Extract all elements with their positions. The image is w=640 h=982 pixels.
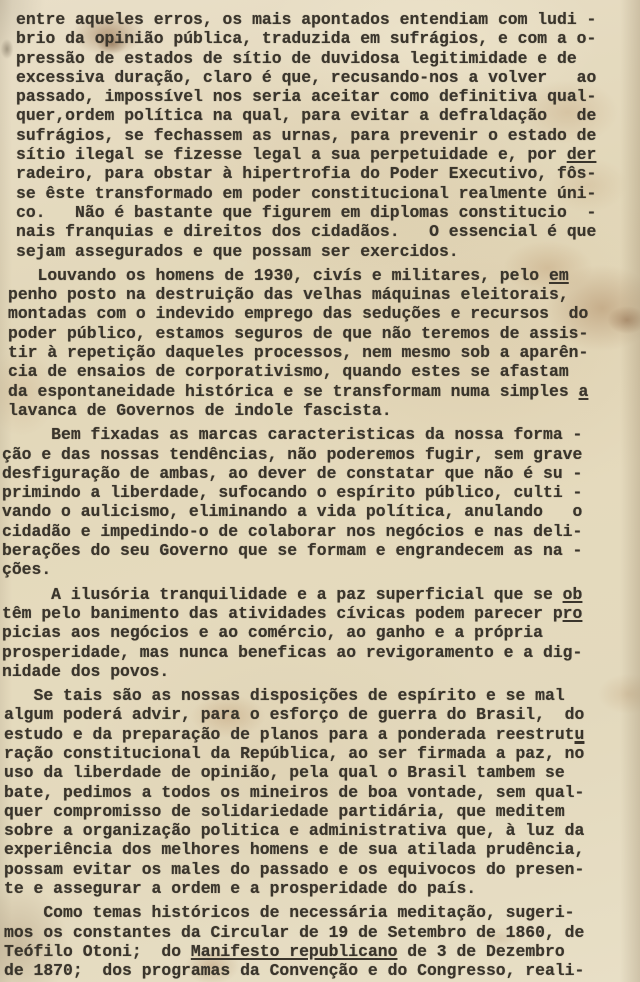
text-segment: excessiva duração, claro é que, recusand… (16, 68, 596, 87)
text-segment: poder público, estamos seguros de que nã… (8, 324, 588, 343)
text-line: Se tais são as nossas disposições de esp… (4, 686, 640, 705)
text-line: ções. (2, 560, 640, 579)
text-line: estudo e da preparação de planos para a … (4, 725, 640, 744)
text-line: te e assegurar a ordem e a prosperidade … (4, 879, 640, 898)
text-line: primindo a liberdade, sufocando o espíri… (2, 483, 640, 502)
text-segment: te e assegurar a ordem e a prosperidade … (4, 879, 476, 898)
text-line: poder público, estamos seguros de que nã… (8, 324, 640, 343)
text-segment: berações do seu Governo que se formam e … (2, 541, 582, 560)
text-line: sejam assegurados e que possam ser exerc… (16, 242, 640, 261)
text-line: sobre a organização politica e administr… (4, 821, 640, 840)
text-segment: ração constitucional da República, ao se… (4, 744, 575, 763)
text-line: possam evitar os males do passado e os e… (4, 860, 640, 879)
text-segment: algum poderá advir, para o esforço de gu… (4, 705, 584, 724)
text-line: ração constitucional da República, ao se… (4, 744, 640, 763)
underlined-text: der (567, 145, 597, 164)
text-segment: prosperidade, mas nunca beneficas ao rev… (2, 643, 582, 662)
text-line: de 1870; dos programas da Convenção e do… (4, 961, 640, 980)
text-segment: de 3 de Dezembro (397, 942, 564, 961)
text-segment: brio da opinião pública, traduzida em su… (16, 29, 596, 48)
text-segment: entre aqueles erros, os mais apontados e… (16, 10, 596, 29)
text-line: sufrágios, se fechassem as urnas, para p… (16, 126, 640, 145)
text-line: prosperidade, mas nunca beneficas ao rev… (2, 643, 640, 662)
text-line: montadas com o indevido emprego das sedu… (8, 304, 640, 323)
underlined-text: Manifesto republicano (191, 942, 398, 961)
text-line: excessiva duração, claro é que, recusand… (16, 68, 640, 87)
text-line: Bem fixadas as marcas caracteristicas da… (2, 425, 640, 444)
underlined-text: u (575, 725, 585, 744)
text-segment: nidade dos povos. (2, 662, 169, 681)
paragraph: A ilusória tranquilidade e a paz superfi… (2, 585, 640, 681)
underlined-text: ob (563, 585, 583, 604)
text-segment: pressão de estados de sítio de duvidosa … (16, 49, 577, 68)
text-segment: co. Não é bastante que figurem em diplom… (16, 203, 596, 222)
text-line: mos os constantes da Circular de 19 de S… (4, 923, 640, 942)
text-line: lavanca de Governos de indole fascista. (8, 401, 640, 420)
text-segment: sufrágios, se fechassem as urnas, para p… (16, 126, 596, 145)
text-segment: sobre a organização politica e administr… (4, 821, 584, 840)
text-segment: desfiguração de ambas, ao dever de const… (2, 464, 582, 483)
text-segment: possam evitar os males do passado e os e… (4, 860, 584, 879)
text-line: vando o aulicismo, eliminando a vida pol… (2, 502, 640, 521)
text-segment: sejam assegurados e que possam ser exerc… (16, 242, 459, 261)
text-segment: Bem fixadas as marcas caracteristicas da… (2, 425, 582, 444)
document-body: entre aqueles erros, os mais apontados e… (0, 0, 640, 982)
text-line: penho posto na destruição das velhas máq… (8, 285, 640, 304)
underlined-text: ro (563, 604, 583, 623)
text-line: brio da opinião pública, traduzida em su… (16, 29, 640, 48)
text-line: pressão de estados de sítio de duvidosa … (16, 49, 640, 68)
text-segment: sítio ilegal se fizesse legal a sua perp… (16, 145, 567, 164)
text-line: passado, impossível nos seria aceitar co… (16, 87, 640, 106)
text-line: se êste transformado em poder constituci… (16, 184, 640, 203)
text-segment: nais franquias e direitos dos cidadãos. … (16, 222, 596, 241)
text-segment: da espontaneidade histórica e se transfo… (8, 382, 579, 401)
text-segment: primindo a liberdade, sufocando o espíri… (2, 483, 582, 502)
text-line: picias aos negócios e ao comércio, ao ga… (2, 623, 640, 642)
text-segment: cidadão e impedindo-o de colaborar nos n… (2, 522, 582, 541)
text-segment: quer compromisso de solidariedade partid… (4, 802, 565, 821)
paragraph: entre aqueles erros, os mais apontados e… (16, 10, 640, 261)
text-line: da espontaneidade histórica e se transfo… (8, 382, 640, 401)
paragraph: Bem fixadas as marcas caracteristicas da… (2, 425, 640, 579)
paragraph: Se tais são as nossas disposições de esp… (4, 686, 640, 898)
text-segment: vando o aulicismo, eliminando a vida pol… (2, 502, 582, 521)
text-line: nidade dos povos. (2, 662, 640, 681)
text-segment: penho posto na destruição das velhas máq… (8, 285, 569, 304)
text-segment: A ilusória tranquilidade e a paz superfi… (2, 585, 563, 604)
text-segment: Se tais são as nossas disposições de esp… (4, 686, 565, 705)
paragraph: Louvando os homens de 1930, civís e mili… (8, 266, 640, 420)
text-segment: picias aos negócios e ao comércio, ao ga… (2, 623, 543, 642)
text-line: desfiguração de ambas, ao dever de const… (2, 464, 640, 483)
text-segment: Como temas históricos de necessária medi… (4, 903, 575, 922)
text-segment: estudo e da preparação de planos para a … (4, 725, 575, 744)
text-line: entre aqueles erros, os mais apontados e… (16, 10, 640, 29)
text-segment: Teófilo Otoni; do (4, 942, 191, 961)
overlined-text: o (575, 744, 585, 763)
text-segment: bate, pedimos a todos os mineiros de boa… (4, 783, 584, 802)
text-line: bate, pedimos a todos os mineiros de boa… (4, 783, 640, 802)
text-line: uso da liberdade de opinião, pela qual o… (4, 763, 640, 782)
text-line: sítio ilegal se fizesse legal a sua perp… (16, 145, 640, 164)
text-line: ção e das nossas tendências, não poderem… (2, 445, 640, 464)
text-segment: têm pelo banimento das atividades cívica… (2, 604, 563, 623)
text-segment: tir à repetição daqueles processos, nem … (8, 343, 588, 362)
text-line: berações do seu Governo que se formam e … (2, 541, 640, 560)
text-line: algum poderá advir, para o esforço de gu… (4, 705, 640, 724)
underlined-text: a (579, 382, 589, 401)
document-page: entre aqueles erros, os mais apontados e… (0, 0, 640, 982)
text-line: têm pelo banimento das atividades cívica… (2, 604, 640, 623)
text-line: radeiro, para obstar à hipertrofia do Po… (16, 164, 640, 183)
text-line: tir à repetição daqueles processos, nem … (8, 343, 640, 362)
text-segment: cia de ensaios de corporativismo, quando… (8, 362, 569, 381)
text-segment: quer,ordem política na qual, para evitar… (16, 106, 596, 125)
text-segment: montadas com o indevido emprego das sedu… (8, 304, 588, 323)
text-line: co. Não é bastante que figurem em diplom… (16, 203, 640, 222)
paragraph: Como temas históricos de necessária medi… (4, 903, 640, 980)
text-line: Como temas históricos de necessária medi… (4, 903, 640, 922)
text-segment: de 1870; dos programas da Convenção e do… (4, 961, 584, 980)
text-line: Teófilo Otoni; do Manifesto republicano … (4, 942, 640, 961)
text-line: A ilusória tranquilidade e a paz superfi… (2, 585, 640, 604)
text-segment: passado, impossível nos seria aceitar co… (16, 87, 596, 106)
text-line: quer compromisso de solidariedade partid… (4, 802, 640, 821)
text-segment: uso da liberdade de opinião, pela qual o… (4, 763, 565, 782)
text-line: experiência dos melhores homens e de sua… (4, 840, 640, 859)
text-line: cidadão e impedindo-o de colaborar nos n… (2, 522, 640, 541)
text-line: quer,ordem política na qual, para evitar… (16, 106, 640, 125)
text-segment: Louvando os homens de 1930, civís e mili… (8, 266, 549, 285)
text-segment: lavanca de Governos de indole fascista. (8, 401, 392, 420)
text-line: Louvando os homens de 1930, civís e mili… (8, 266, 640, 285)
text-line: cia de ensaios de corporativismo, quando… (8, 362, 640, 381)
text-segment: radeiro, para obstar à hipertrofia do Po… (16, 164, 596, 183)
underlined-text: em (549, 266, 569, 285)
text-segment: experiência dos melhores homens e de sua… (4, 840, 584, 859)
text-segment: ção e das nossas tendências, não poderem… (2, 445, 582, 464)
text-segment: mos os constantes da Circular de 19 de S… (4, 923, 584, 942)
text-segment: ções. (2, 560, 51, 579)
text-line: nais franquias e direitos dos cidadãos. … (16, 222, 640, 241)
text-segment: se êste transformado em poder constituci… (16, 184, 596, 203)
